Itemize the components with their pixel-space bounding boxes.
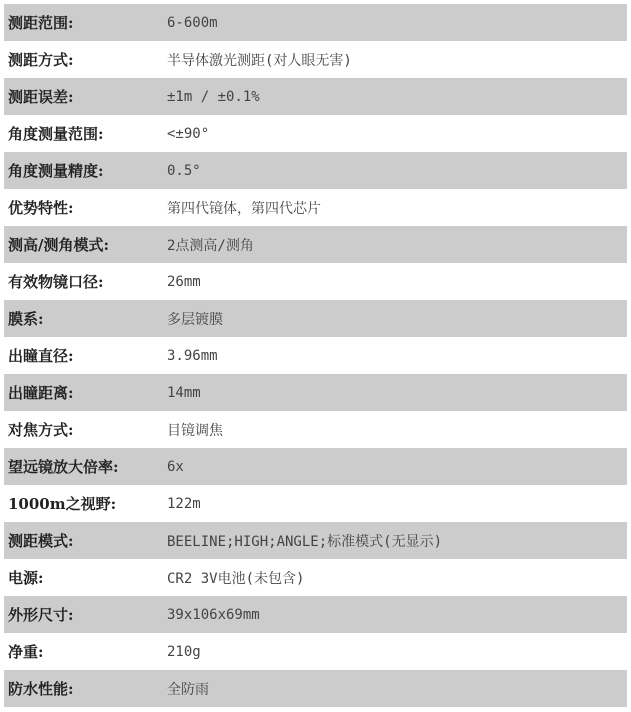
spec-label: 1000m之视野: [4,485,167,522]
spec-label: 角度测量精度: [4,152,167,189]
spec-value: 第四代镜体，第四代芯片 [167,189,627,226]
spec-value: 210g [167,633,627,670]
spec-row-field-of-view: 1000m之视野: 122m [4,485,627,522]
spec-label: 外形尺寸: [4,596,167,633]
spec-value: 目镜调焦 [167,411,627,448]
spec-value: <±90° [167,115,627,152]
spec-label: 膜系: [4,300,167,337]
spec-value: 0.5° [167,152,627,189]
spec-row-height-angle-mode: 测高/测角模式: 2点测高/测角 [4,226,627,263]
spec-label: 测距范围: [4,4,167,41]
spec-value: CR2 3V电池(未包含) [167,559,627,596]
spec-row-angle-precision: 角度测量精度: 0.5° [4,152,627,189]
spec-label: 角度测量范围: [4,115,167,152]
spec-value: 半导体激光测距(对人眼无害) [167,41,627,78]
spec-label: 电源: [4,559,167,596]
spec-value: 6x [167,448,627,485]
spec-label: 出瞳距离: [4,374,167,411]
spec-table-body: 测距范围: 6-600m 测距方式: 半导体激光测距(对人眼无害) 测距误差: … [4,4,627,707]
spec-row-error: 测距误差: ±1m / ±0.1% [4,78,627,115]
spec-row-method: 测距方式: 半导体激光测距(对人眼无害) [4,41,627,78]
spec-row-power: 电源: CR2 3V电池(未包含) [4,559,627,596]
spec-label: 出瞳直径: [4,337,167,374]
spec-value: BEELINE;HIGH;ANGLE;标准模式(无显示) [167,522,627,559]
spec-label: 优势特性: [4,189,167,226]
spec-row-weight: 净重: 210g [4,633,627,670]
spec-label: 测距模式: [4,522,167,559]
spec-row-angle-range: 角度测量范围: <±90° [4,115,627,152]
spec-label: 望远镜放大倍率: [4,448,167,485]
spec-row-coating: 膜系: 多层镀膜 [4,300,627,337]
spec-label: 净重: [4,633,167,670]
spec-row-range: 测距范围: 6-600m [4,4,627,41]
spec-label: 测高/测角模式: [4,226,167,263]
spec-row-waterproof: 防水性能: 全防雨 [4,670,627,707]
spec-value: 39x106x69mm [167,596,627,633]
spec-row-eye-relief: 出瞳距离: 14mm [4,374,627,411]
spec-label: 测距误差: [4,78,167,115]
spec-value: 全防雨 [167,670,627,707]
spec-value: 122m [167,485,627,522]
spec-value: 26mm [167,263,627,300]
spec-value: ±1m / ±0.1% [167,78,627,115]
spec-value: 3.96mm [167,337,627,374]
spec-value: 2点测高/测角 [167,226,627,263]
spec-label: 有效物镜口径: [4,263,167,300]
spec-row-features: 优势特性: 第四代镜体，第四代芯片 [4,189,627,226]
spec-value: 14mm [167,374,627,411]
spec-row-ranging-modes: 测距模式: BEELINE;HIGH;ANGLE;标准模式(无显示) [4,522,627,559]
spec-row-focus-method: 对焦方式: 目镜调焦 [4,411,627,448]
spec-row-magnification: 望远镜放大倍率: 6x [4,448,627,485]
spec-row-objective-aperture: 有效物镜口径: 26mm [4,263,627,300]
spec-label: 防水性能: [4,670,167,707]
spec-label: 对焦方式: [4,411,167,448]
spec-row-exit-pupil-diameter: 出瞳直径: 3.96mm [4,337,627,374]
spec-value: 6-600m [167,4,627,41]
spec-value: 多层镀膜 [167,300,627,337]
spec-label: 测距方式: [4,41,167,78]
spec-table: 测距范围: 6-600m 测距方式: 半导体激光测距(对人眼无害) 测距误差: … [4,4,627,707]
spec-row-dimensions: 外形尺寸: 39x106x69mm [4,596,627,633]
